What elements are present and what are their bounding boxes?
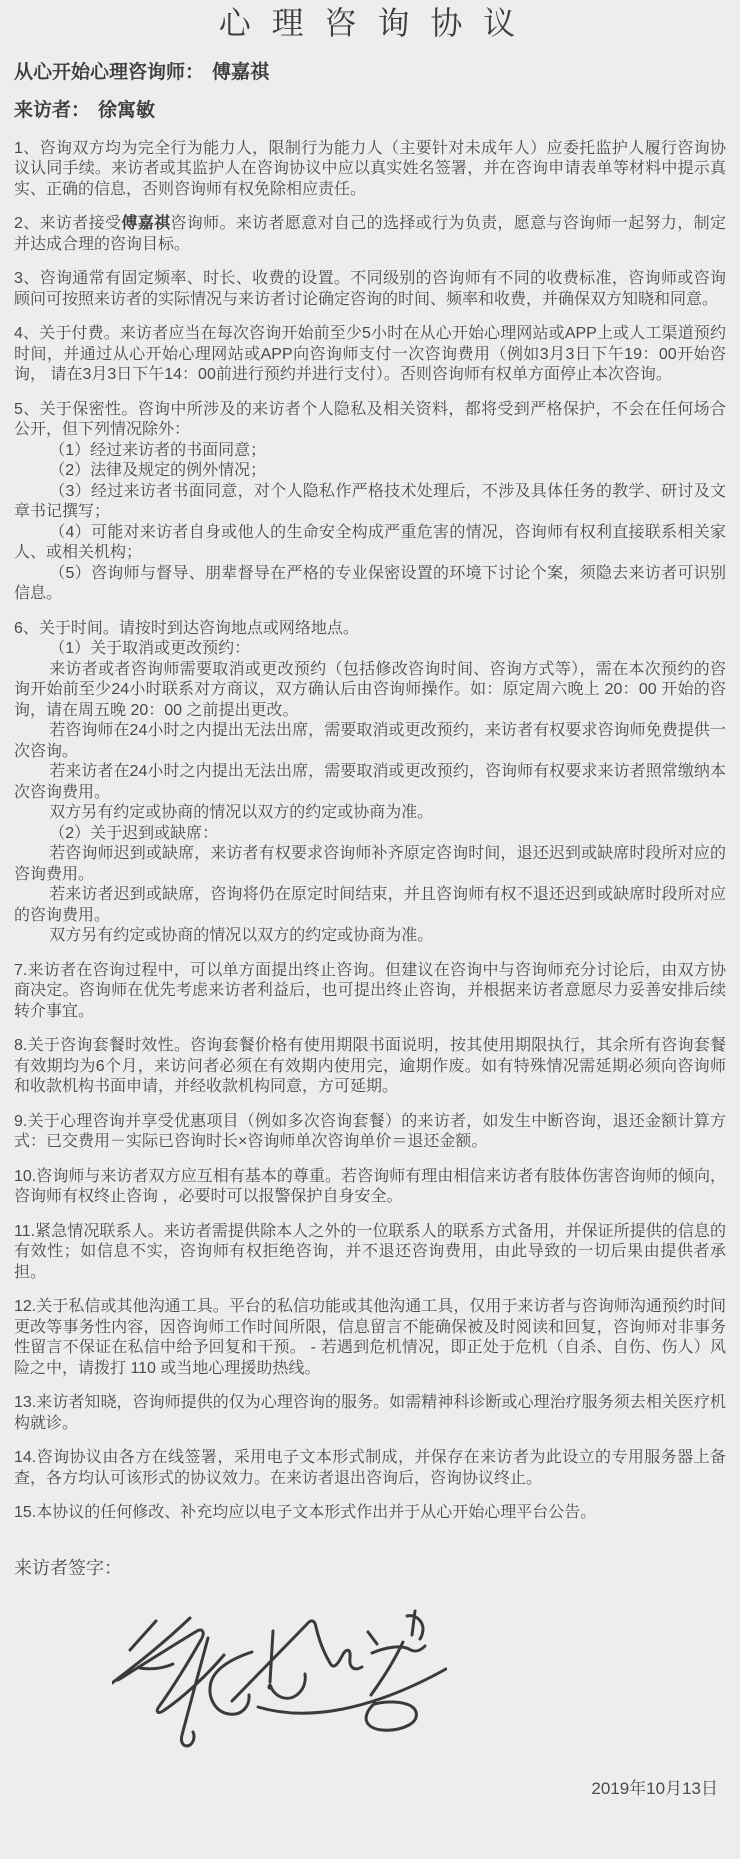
clause-13: 13.来访者知晓，咨询师提供的仅为心理咨询的服务。如需精神科诊断或心理治疗服务须… bbox=[14, 1393, 726, 1434]
counselor-line: 从心开始心理咨询师：傅嘉祺 bbox=[14, 60, 726, 87]
clause-6-item-1-para-a: 来访者或者咨询师需要取消或更改预约（包括修改咨询时间、咨询方式等），需在本次预约… bbox=[14, 660, 726, 722]
agreement-document: 心 理 咨 询 协 议 从心开始心理咨询师：傅嘉祺 来访者：徐寓敏 1、咨询双方… bbox=[0, 0, 740, 1859]
clause-7: 7.来访者在咨询过程中，可以单方面提出终止咨询。但建议在咨询中与咨询师充分讨论后… bbox=[14, 961, 726, 1023]
counselor-name-inline: 傅嘉祺 bbox=[121, 215, 170, 232]
clause-6-item-1: （1）关于取消或更改预约： bbox=[14, 639, 726, 660]
clause-11: 11.紧急情况联系人。来访者需提供除本人之外的一位联系人的联系方式备用，并保证所… bbox=[14, 1222, 726, 1284]
page-title: 心 理 咨 询 协 议 bbox=[14, 4, 726, 42]
counselor-label: 从心开始心理咨询师： bbox=[14, 62, 204, 83]
clause-1: 1、咨询双方均为完全行为能力人，限制行为能力人（主要针对未成年人）应委托监护人履… bbox=[14, 139, 726, 201]
clause-14: 14.咨询协议由各方在线签署，采用电子文本形式制成，并保存在来访者为此设立的专用… bbox=[14, 1448, 726, 1489]
clause-5-item-4: （4）可能对来访者自身或他人的生命安全构成严重危害的情况，咨询师有权利直接联系相… bbox=[14, 523, 726, 564]
clause-9: 9.关于心理咨询并享受优惠项目（例如多次咨询套餐）的来访者，如发生中断咨询，退还… bbox=[14, 1112, 726, 1153]
clause-3: 3、咨询通常有固定频率、时长、收费的设置。不同级别的咨询师有不同的收费标准，咨询… bbox=[14, 269, 726, 310]
clause-6-item-1-para-b: 若咨询师在24小时之内提出无法出席，需要取消或更改预约，来访者有权要求咨询师免费… bbox=[14, 721, 726, 762]
counselor-name: 傅嘉祺 bbox=[212, 62, 269, 83]
visitor-line: 来访者：徐寓敏 bbox=[14, 98, 726, 125]
clause-2-text: 2、来访者接受 bbox=[14, 215, 121, 232]
clause-10: 10.咨询师与来访者双方应互相有基本的尊重。若咨询师有理由相信来访者有肢体伤害咨… bbox=[14, 1167, 726, 1208]
clause-5-item-2: （2）法律及规定的例外情况； bbox=[14, 461, 726, 482]
clause-6-item-1-para-c: 若来访者在24小时之内提出无法出席，需要取消或更改预约，咨询师有权要求来访者照常… bbox=[14, 762, 726, 803]
clause-6-item-1-para-d: 双方另有约定或协商的情况以双方的约定或协商为准。 bbox=[14, 803, 726, 824]
clause-6-item-2-para-b: 若来访者迟到或缺席，咨询将仍在原定时间结束，并且咨询师有权不退还迟到或缺席时段所… bbox=[14, 885, 726, 926]
signature-section: 来访者签字： 2019年10月13日 bbox=[14, 1554, 726, 1799]
clause-15: 15.本协议的任何修改、补充均应以电子文本形式作出并于从心开始心理平台公告。 bbox=[14, 1503, 726, 1524]
clause-5-item-5: （5）咨询师与督导、朋辈督导在严格的专业保密设置的环境下讨论个案，须隐去来访者可… bbox=[14, 564, 726, 605]
clause-5-item-3: （3）经过来访者书面同意，对个人隐私作严格技术处理后，不涉及具体任务的教学、研讨… bbox=[14, 482, 726, 523]
visitor-name: 徐寓敏 bbox=[98, 100, 155, 121]
clause-6-item-2: （2）关于迟到或缺席： bbox=[14, 824, 726, 845]
visitor-signature-label: 来访者签字： bbox=[14, 1554, 726, 1580]
clause-5: 5、关于保密性。咨询中所涉及的来访者个人隐私及相关资料，都将受到严格保护，不会在… bbox=[14, 400, 726, 441]
clause-6: 6、关于时间。请按时到达咨询地点或网络地点。 bbox=[14, 619, 726, 640]
clause-6-item-2-para-c: 双方另有约定或协商的情况以双方的约定或协商为准。 bbox=[14, 926, 726, 947]
visitor-label: 来访者： bbox=[14, 100, 90, 121]
clause-4: 4、关于付费。来访者应当在每次咨询开始前至少5小时在从心开始心理网站或APP上或… bbox=[14, 324, 726, 386]
clause-2: 2、来访者接受傅嘉祺咨询师。来访者愿意对自己的选择或行为负责，愿意与咨询师一起努… bbox=[14, 214, 726, 255]
clause-12: 12.关于私信或其他沟通工具。平台的私信功能或其他沟通工具，仅用于来访者与咨询师… bbox=[14, 1297, 726, 1379]
clause-5-item-1: （1）经过来访者的书面同意； bbox=[14, 441, 726, 462]
signature-date: 2019年10月13日 bbox=[14, 1774, 718, 1799]
clause-8: 8.关于咨询套餐时效性。咨询套餐价格有使用期限书面说明，按其使用期限执行，其余所… bbox=[14, 1036, 726, 1098]
clause-6-item-2-para-a: 若咨询师迟到或缺席，来访者有权要求咨询师补齐原定咨询时间，退还迟到或缺席时段所对… bbox=[14, 844, 726, 885]
visitor-signature bbox=[112, 1606, 447, 1766]
